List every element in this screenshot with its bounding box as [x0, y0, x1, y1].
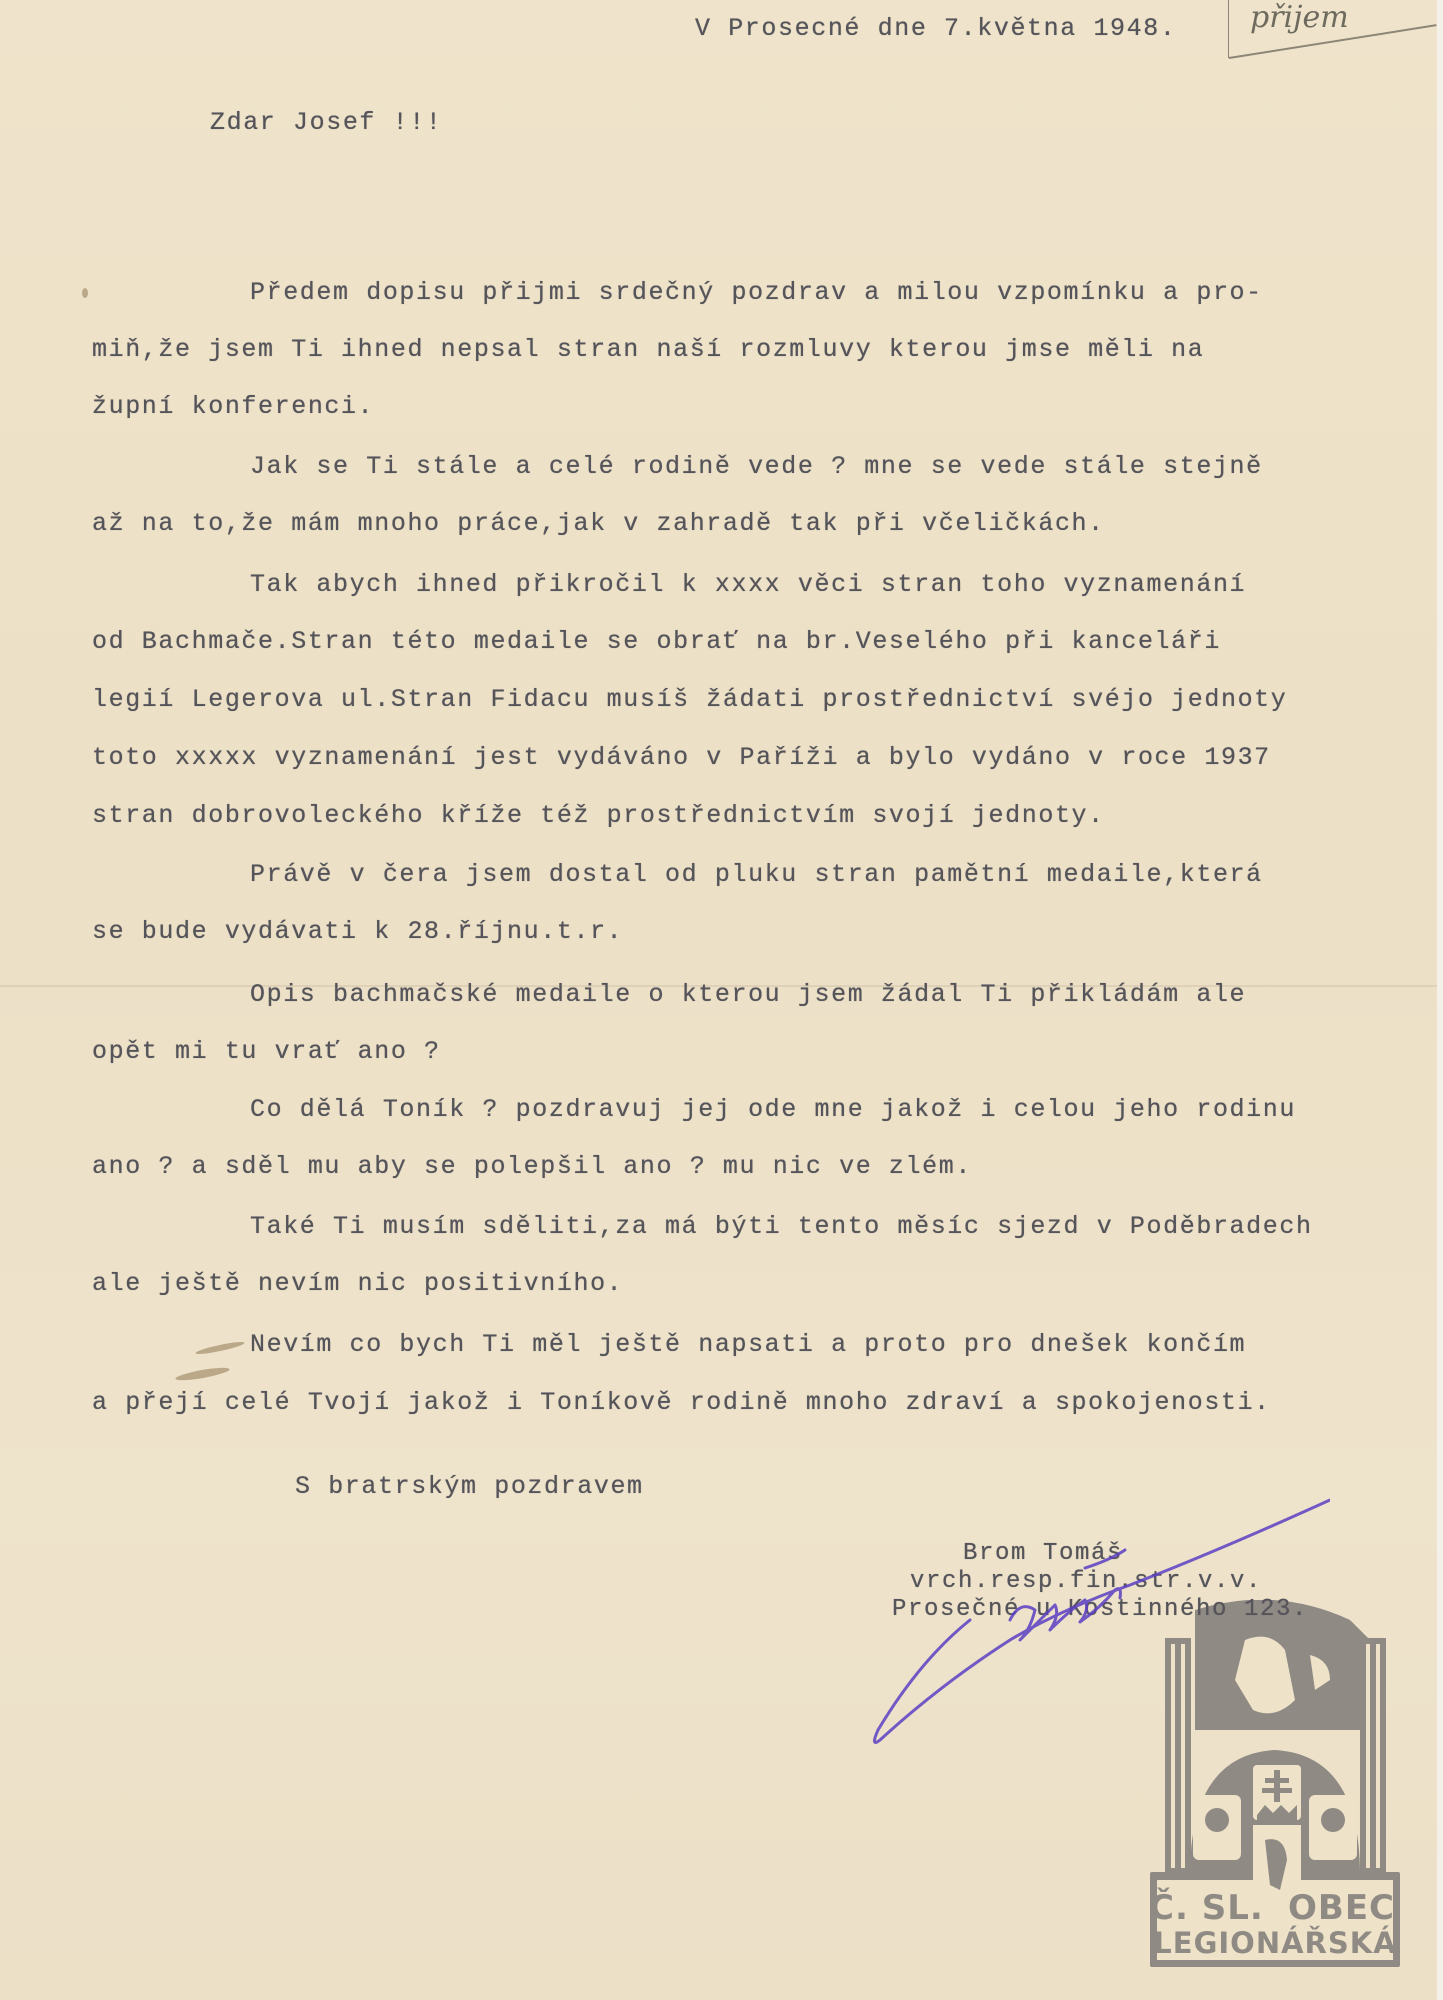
letter-page: V Prosecné dne 7.května 1948. přijem Zda… [0, 0, 1437, 2000]
body-line: župní konferenci. [92, 392, 374, 421]
handwritten-note: přijem [1250, 0, 1349, 35]
ink-stain [175, 1365, 231, 1382]
body-line: miň,že jsem Ti ihned nepsal stran naší r… [92, 335, 1204, 364]
body-line: Co dělá Toník ? pozdravuj jej ode mne ja… [250, 1095, 1296, 1124]
body-line: Jak se Ti stále a celé rodině vede ? mne… [250, 452, 1263, 481]
salutation: Zdar Josef !!! [210, 108, 442, 137]
body-line: opět mi tu vrať ano ? [92, 1037, 441, 1066]
body-line: Tak abych ihned přikročil k xxxx věci st… [250, 570, 1246, 599]
body-line: toto xxxxx vyznamenání jest vydáváno v P… [92, 743, 1271, 772]
body-line: Nevím co bych Ti měl ještě napsati a pro… [250, 1330, 1246, 1359]
body-line: Předem dopisu přijmi srdečný pozdrav a m… [250, 278, 1263, 307]
ink-mark [82, 288, 88, 298]
body-line: od Bachmače.Stran této medaile se obrať … [92, 627, 1221, 656]
body-line: legií Legerova ul.Stran Fidacu musíš žád… [92, 685, 1287, 714]
logo-text-obec: OBEC [1288, 1888, 1395, 1928]
logo-text-line2: LEGIONÁŘSKÁ [1149, 1926, 1401, 1960]
body-line: a přejí celé Tvojí jakož i Toníkově rodi… [92, 1388, 1271, 1417]
body-line: Právě v čera jsem dostal od pluku stran … [250, 860, 1263, 889]
body-line: Také Ti musím sděliti,za má býti tento m… [250, 1212, 1313, 1241]
body-line: ale ještě nevím nic positivního. [92, 1269, 623, 1298]
body-line: se bude vydávati k 28.říjnu.t.r. [92, 917, 623, 946]
date-line: V Prosecné dne 7.května 1948. [695, 14, 1176, 43]
handwritten-signature-icon [860, 1490, 1330, 1750]
body-line: Opis bachmačské medaile o kterou jsem žá… [250, 980, 1246, 1009]
logo-text-line1: Č. SL. OBEC [1149, 1888, 1401, 1928]
body-line: až na to,že mám mnoho práce,jak v zahrad… [92, 509, 1105, 538]
logo-text-csl: Č. SL. [1149, 1888, 1264, 1928]
page-edge [1437, 0, 1443, 2000]
ink-stain [195, 1340, 245, 1356]
closing: S bratrským pozdravem [295, 1472, 644, 1501]
body-line: ano ? a sděl mu aby se polepšil ano ? mu… [92, 1152, 972, 1181]
body-line: stran dobrovoleckého kříže též prostředn… [92, 801, 1105, 830]
